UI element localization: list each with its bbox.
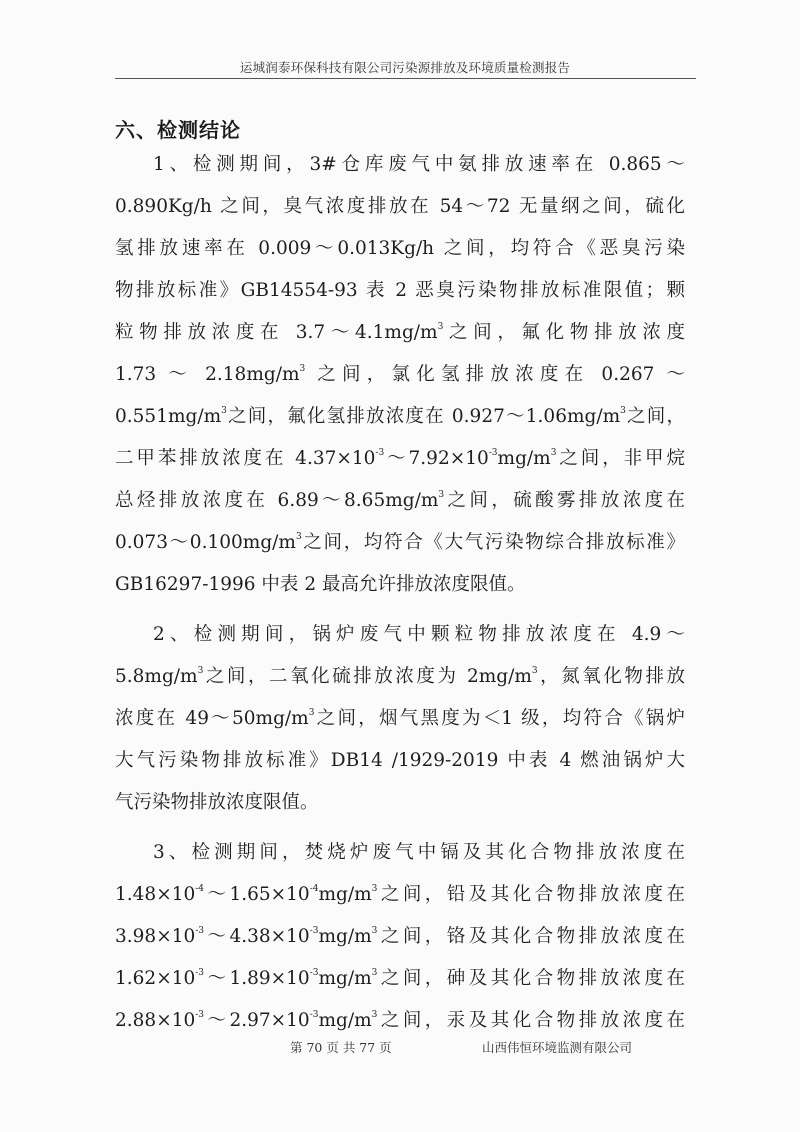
header-divider xyxy=(115,78,696,79)
text-line: 5.8mg/m3之间，二氧化硫排放浓度为 2mg/m3，氮氧化物排放 xyxy=(115,656,685,698)
text-line: 物排放标准》GB14554-93 表 2 恶臭污染物排放标准限值；颗 xyxy=(115,270,685,312)
text-line: 0.073～0.100mg/m3之间，均符合《大气污染物综合排放标准》 xyxy=(115,522,685,564)
text-line: 2、检测期间，锅炉废气中颗粒物排放浓度在 4.9～ xyxy=(115,614,685,656)
text-line: 总烃排放浓度在 6.89～8.65mg/m3之间，硫酸雾排放浓度在 xyxy=(115,480,685,522)
text-line: 浓度在 49～50mg/m3之间，烟气黑度为＜1 级，均符合《锅炉 xyxy=(115,698,685,740)
text-line: 气污染物排放浓度限值。 xyxy=(115,782,685,824)
text-line: 氢排放速率在 0.009～0.013Kg/h 之间，均符合《恶臭污染 xyxy=(115,228,685,270)
paragraph-2: 2、检测期间，锅炉废气中颗粒物排放浓度在 4.9～5.8mg/m3之间，二氧化硫… xyxy=(115,614,685,824)
page-number: 第 70 页 共 77 页 xyxy=(290,1038,392,1056)
paragraph-1: 1、检测期间，3#仓库废气中氨排放速率在 0.865～0.890Kg/h 之间，… xyxy=(115,144,685,606)
text-line: 粒物排放浓度在 3.7～4.1mg/m3之间，氟化物排放浓度 xyxy=(115,312,685,354)
text-line: 1.73 ～ 2.18mg/m3 之间，氯化氢排放浓度在 0.267 ～ xyxy=(115,354,685,396)
text-line: GB16297-1996 中表 2 最高允许排放浓度限值。 xyxy=(115,564,685,606)
text-line: 2.88×10-3～2.97×10-3mg/m3之间，汞及其化合物排放浓度在 xyxy=(115,1000,685,1042)
footer-organization: 山西伟恒环境监测有限公司 xyxy=(482,1038,632,1056)
text-line: 1、检测期间，3#仓库废气中氨排放速率在 0.865～ xyxy=(115,144,685,186)
text-line: 0.551mg/m3之间，氟化氢排放浓度在 0.927～1.06mg/m3之间， xyxy=(115,396,685,438)
text-line: 1.48×10-4～1.65×10-4mg/m3之间，铅及其化合物排放浓度在 xyxy=(115,874,685,916)
text-line: 3、检测期间，焚烧炉废气中镉及其化合物排放浓度在 xyxy=(115,832,685,874)
document-body: 1、检测期间，3#仓库废气中氨排放速率在 0.865～0.890Kg/h 之间，… xyxy=(115,144,685,1042)
text-line: 大气污染物排放标准》DB14 /1929-2019 中表 4 燃油锅炉大 xyxy=(115,740,685,782)
text-line: 0.890Kg/h 之间，臭气浓度排放在 54～72 无量纲之间，硫化 xyxy=(115,186,685,228)
running-header: 运城润泰环保科技有限公司污染源排放及环境质量检测报告 xyxy=(115,58,695,76)
text-line: 二甲苯排放浓度在 4.37×10-3～7.92×10-3mg/m3之间，非甲烷 xyxy=(115,438,685,480)
section-title: 六、检测结论 xyxy=(115,114,241,143)
text-line: 1.62×10-3～1.89×10-3mg/m3之间，砷及其化合物排放浓度在 xyxy=(115,958,685,1000)
text-line: 3.98×10-3～4.38×10-3mg/m3之间，铬及其化合物排放浓度在 xyxy=(115,916,685,958)
paragraph-3: 3、检测期间，焚烧炉废气中镉及其化合物排放浓度在1.48×10-4～1.65×1… xyxy=(115,832,685,1042)
